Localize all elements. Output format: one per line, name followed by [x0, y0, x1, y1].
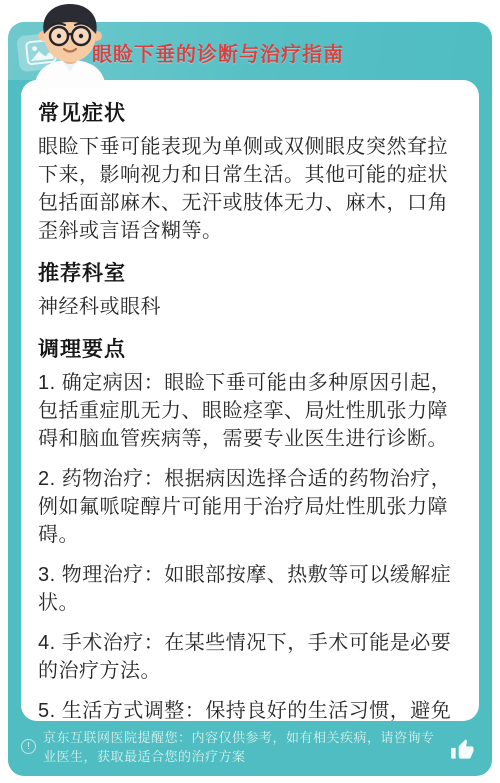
footer-disclaimer-bar: ! 京东互联网医院提醒您：内容仅供参考，如有相关疾病，请咨询专业医生，获取最适合… — [21, 721, 484, 776]
section-heading-care-points: 调理要点 — [38, 333, 462, 363]
care-point-2: 2. 药物治疗：根据病因选择合适的药物治疗，例如氟哌啶醇片可能用于治疗局灶性肌张… — [38, 465, 462, 549]
disclaimer-text: 京东互联网医院提醒您：内容仅供参考，如有相关疾病，请咨询专业医生，获取最适合您的… — [43, 728, 441, 766]
section-care-points: 调理要点 1. 确定病因：眼睑下垂可能由多种原因引起，包括重症肌无力、眼睑痉挛、… — [38, 333, 462, 721]
info-circle-icon: ! — [21, 739, 36, 754]
section-common-symptoms: 常见症状 眼睑下垂可能表现为单侧或双侧眼皮突然耷拉下来，影响视力和日常生活。其他… — [38, 97, 462, 245]
symptoms-paragraph: 眼睑下垂可能表现为单侧或双侧眼皮突然耷拉下来，影响视力和日常生活。其他可能的症状… — [38, 133, 462, 245]
care-point-1: 1. 确定病因：眼睑下垂可能由多种原因引起，包括重症肌无力、眼睑痉挛、局灶性肌张… — [38, 369, 462, 453]
care-point-3: 3. 物理治疗：如眼部按摩、热敷等可以缓解症状。 — [38, 561, 462, 617]
department-paragraph: 神经科或眼科 — [38, 293, 462, 321]
thumbs-up-glyph — [450, 737, 476, 763]
ptosis-guide-page: 眼睑下垂的诊断与治疗指南 常见症状 眼睑下垂可能表现为单侧或双侧眼皮突然耷拉下来… — [0, 0, 500, 783]
section-heading-department: 推荐科室 — [38, 257, 462, 287]
section-recommended-department: 推荐科室 神经科或眼科 — [38, 257, 462, 321]
care-point-4: 4. 手术治疗：在某些情况下，手术可能是必要的治疗方法。 — [38, 629, 462, 685]
doctor-avatar — [26, 2, 114, 88]
care-point-5: 5. 生活方式调整：保持良好的生活习惯，避免过度疲劳和压力，有助于改善症状。 — [38, 697, 462, 721]
content-card: 常见症状 眼睑下垂可能表现为单侧或双侧眼皮突然耷拉下来，影响视力和日常生活。其他… — [21, 80, 479, 721]
page-title: 眼睑下垂的诊断与治疗指南 — [92, 38, 344, 67]
teal-shell: 眼睑下垂的诊断与治疗指南 常见症状 眼睑下垂可能表现为单侧或双侧眼皮突然耷拉下来… — [8, 22, 492, 776]
section-heading-symptoms: 常见症状 — [38, 97, 462, 127]
thumbs-up-icon[interactable] — [448, 735, 478, 765]
